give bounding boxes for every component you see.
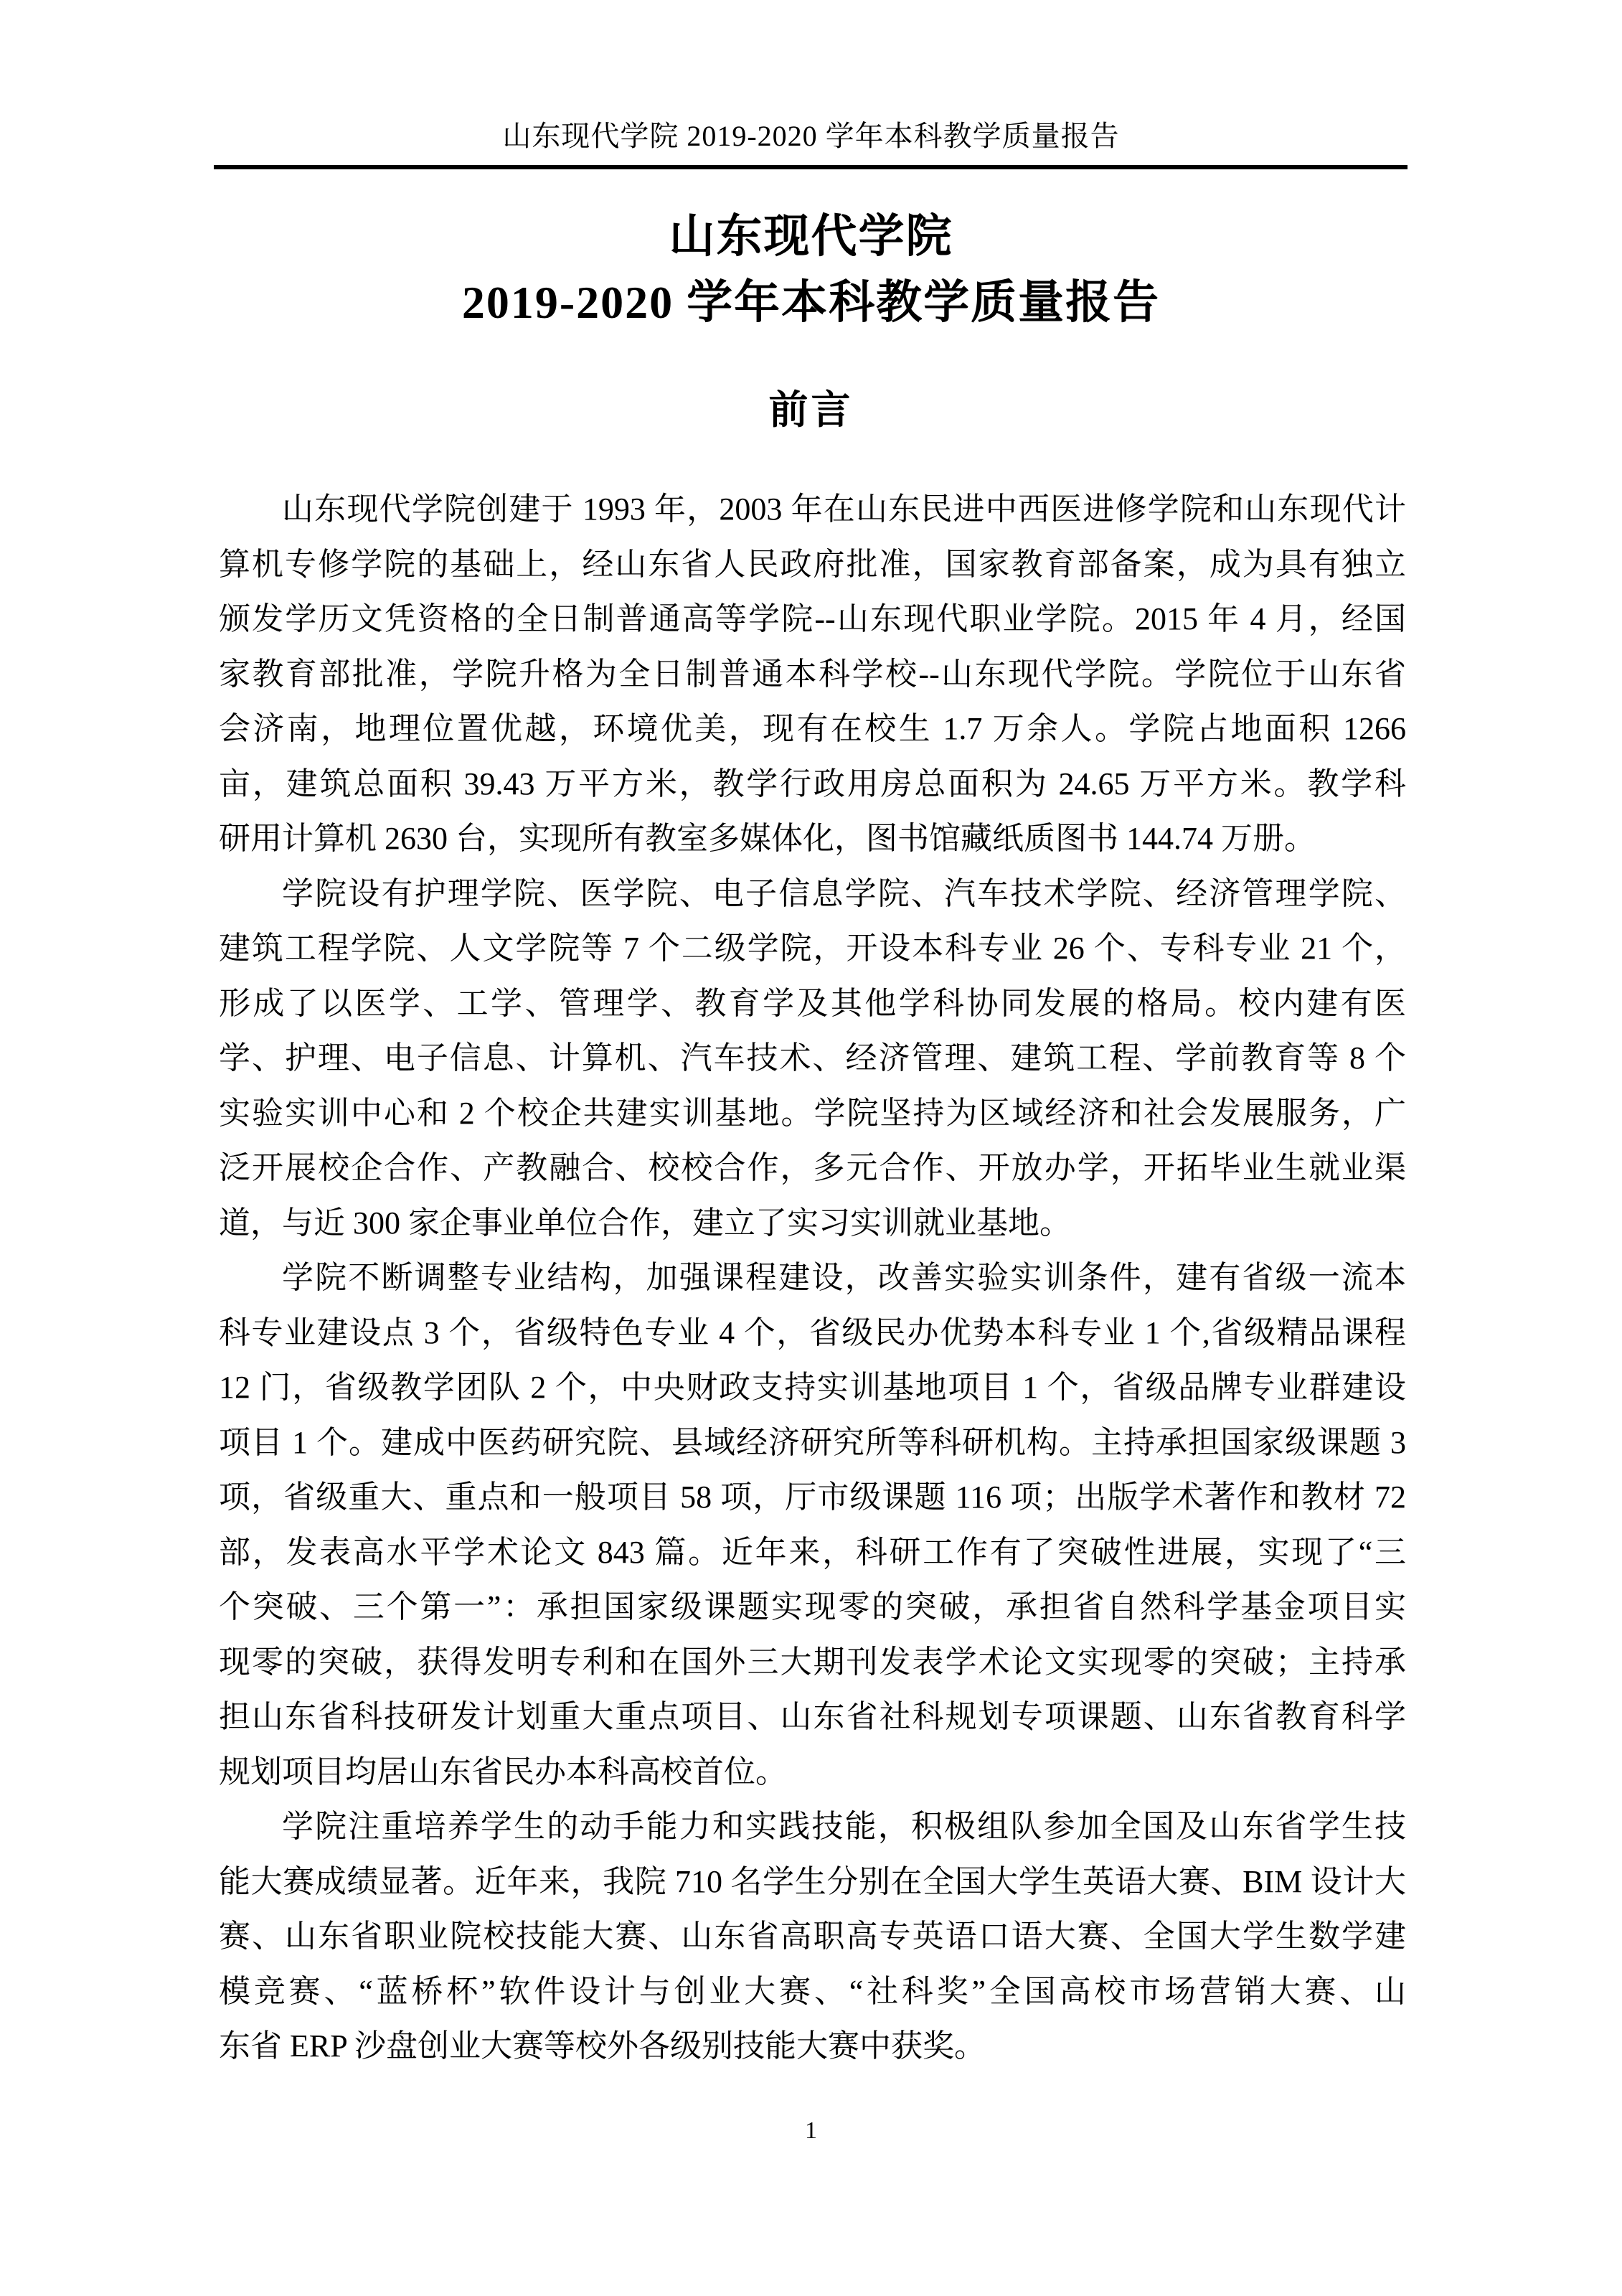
- body-line: 家教育部批准，学院升格为全日制普通本科学校--山东现代学院。学院位于山东省: [219, 647, 1406, 702]
- body-line: 亩，建筑总面积 39.43 万平方米，教学行政用房总面积为 24.65 万平方米…: [219, 757, 1406, 812]
- document-title-line2: 2019-2020 学年本科教学质量报告: [0, 270, 1622, 336]
- header-rule: [214, 165, 1408, 169]
- document-title-line1: 山东现代学院: [0, 204, 1622, 270]
- body-line: 研用计算机 2630 台，实现所有教室多媒体化，图书馆藏纸质图书 144.74 …: [219, 811, 1406, 867]
- body-line: 学、护理、电子信息、计算机、汽车技术、经济管理、建筑工程、学前教育等 8 个: [219, 1031, 1406, 1086]
- page-header-title: 山东现代学院 2019-2020 学年本科教学质量报告: [0, 119, 1622, 154]
- document-title: 山东现代学院 2019-2020 学年本科教学质量报告: [0, 204, 1622, 336]
- body-line: 现零的突破，获得发明专利和在国外三大期刊发表学术论文实现零的突破；主持承: [219, 1635, 1406, 1690]
- body-line: 科专业建设点 3 个，省级特色专业 4 个，省级民办优势本科专业 1 个,省级精…: [219, 1306, 1406, 1361]
- body-line: 颁发学历文凭资格的全日制普通高等学院--山东现代职业学院。2015 年 4 月，…: [219, 592, 1406, 647]
- body-line: 会济南，地理位置优越，环境优美，现有在校生 1.7 万余人。学院占地面积 126…: [219, 702, 1406, 757]
- body-line: 学院注重培养学生的动手能力和实践技能，积极组队参加全国及山东省学生技: [219, 1799, 1406, 1855]
- body-line: 实验实训中心和 2 个校企共建实训基地。学院坚持为区域经济和社会发展服务，广: [219, 1086, 1406, 1142]
- body-line: 道，与近 300 家企事业单位合作，建立了实习实训就业基地。: [219, 1196, 1406, 1251]
- section-heading-preface: 前言: [0, 387, 1622, 432]
- body-line: 学院不断调整专业结构，加强课程建设，改善实验实训条件，建有省级一流本: [219, 1251, 1406, 1306]
- body-line: 规划项目均居山东省民办本科高校首位。: [219, 1745, 1406, 1800]
- document-page: 山东现代学院 2019-2020 学年本科教学质量报告 山东现代学院 2019-…: [0, 0, 1622, 2296]
- body-line: 模竞赛、“蓝桥杯”软件设计与创业大赛、“社科奖”全国高校市场营销大赛、山: [219, 1965, 1406, 2020]
- body-text: 山东现代学院创建于 1993 年，2003 年在山东民进中西医进修学院和山东现代…: [219, 482, 1406, 2074]
- body-line: 东省 ERP 沙盘创业大赛等校外各级别技能大赛中获奖。: [219, 2019, 1406, 2074]
- body-line: 算机专修学院的基础上，经山东省人民政府批准，国家教育部备案，成为具有独立: [219, 537, 1406, 593]
- body-line: 能大赛成绩显著。近年来，我院 710 名学生分别在全国大学生英语大赛、BIM 设…: [219, 1855, 1406, 1910]
- body-line: 个突破、三个第一”：承担国家级课题实现零的突破，承担省自然科学基金项目实: [219, 1580, 1406, 1635]
- body-line: 建筑工程学院、人文学院等 7 个二级学院，开设本科专业 26 个、专科专业 21…: [219, 921, 1406, 977]
- body-line: 部，发表高水平学术论文 843 篇。近年来，科研工作有了突破性进展，实现了“三: [219, 1525, 1406, 1581]
- page-number: 1: [0, 2117, 1622, 2145]
- body-line: 山东现代学院创建于 1993 年，2003 年在山东民进中西医进修学院和山东现代…: [219, 482, 1406, 537]
- paragraph: 山东现代学院创建于 1993 年，2003 年在山东民进中西医进修学院和山东现代…: [219, 482, 1406, 867]
- body-line: 形成了以医学、工学、管理学、教育学及其他学科协同发展的格局。校内建有医: [219, 977, 1406, 1032]
- body-line: 学院设有护理学院、医学院、电子信息学院、汽车技术学院、经济管理学院、: [219, 867, 1406, 922]
- body-line: 泛开展校企合作、产教融合、校校合作，多元合作、开放办学，开拓毕业生就业渠: [219, 1141, 1406, 1196]
- body-line: 项，省级重大、重点和一般项目 58 项，厅市级课题 116 项；出版学术著作和教…: [219, 1470, 1406, 1525]
- paragraph: 学院不断调整专业结构，加强课程建设，改善实验实训条件，建有省级一流本科专业建设点…: [219, 1251, 1406, 1799]
- body-line: 担山东省科技研发计划重大重点项目、山东省社科规划专项课题、山东省教育科学: [219, 1690, 1406, 1745]
- body-line: 赛、山东省职业院校技能大赛、山东省高职高专英语口语大赛、全国大学生数学建: [219, 1909, 1406, 1965]
- body-line: 12 门，省级教学团队 2 个，中央财政支持实训基地项目 1 个，省级品牌专业群…: [219, 1360, 1406, 1416]
- paragraph: 学院设有护理学院、医学院、电子信息学院、汽车技术学院、经济管理学院、建筑工程学院…: [219, 867, 1406, 1251]
- paragraph: 学院注重培养学生的动手能力和实践技能，积极组队参加全国及山东省学生技能大赛成绩显…: [219, 1799, 1406, 2074]
- body-line: 项目 1 个。建成中医药研究院、县域经济研究所等科研机构。主持承担国家级课题 3: [219, 1416, 1406, 1471]
